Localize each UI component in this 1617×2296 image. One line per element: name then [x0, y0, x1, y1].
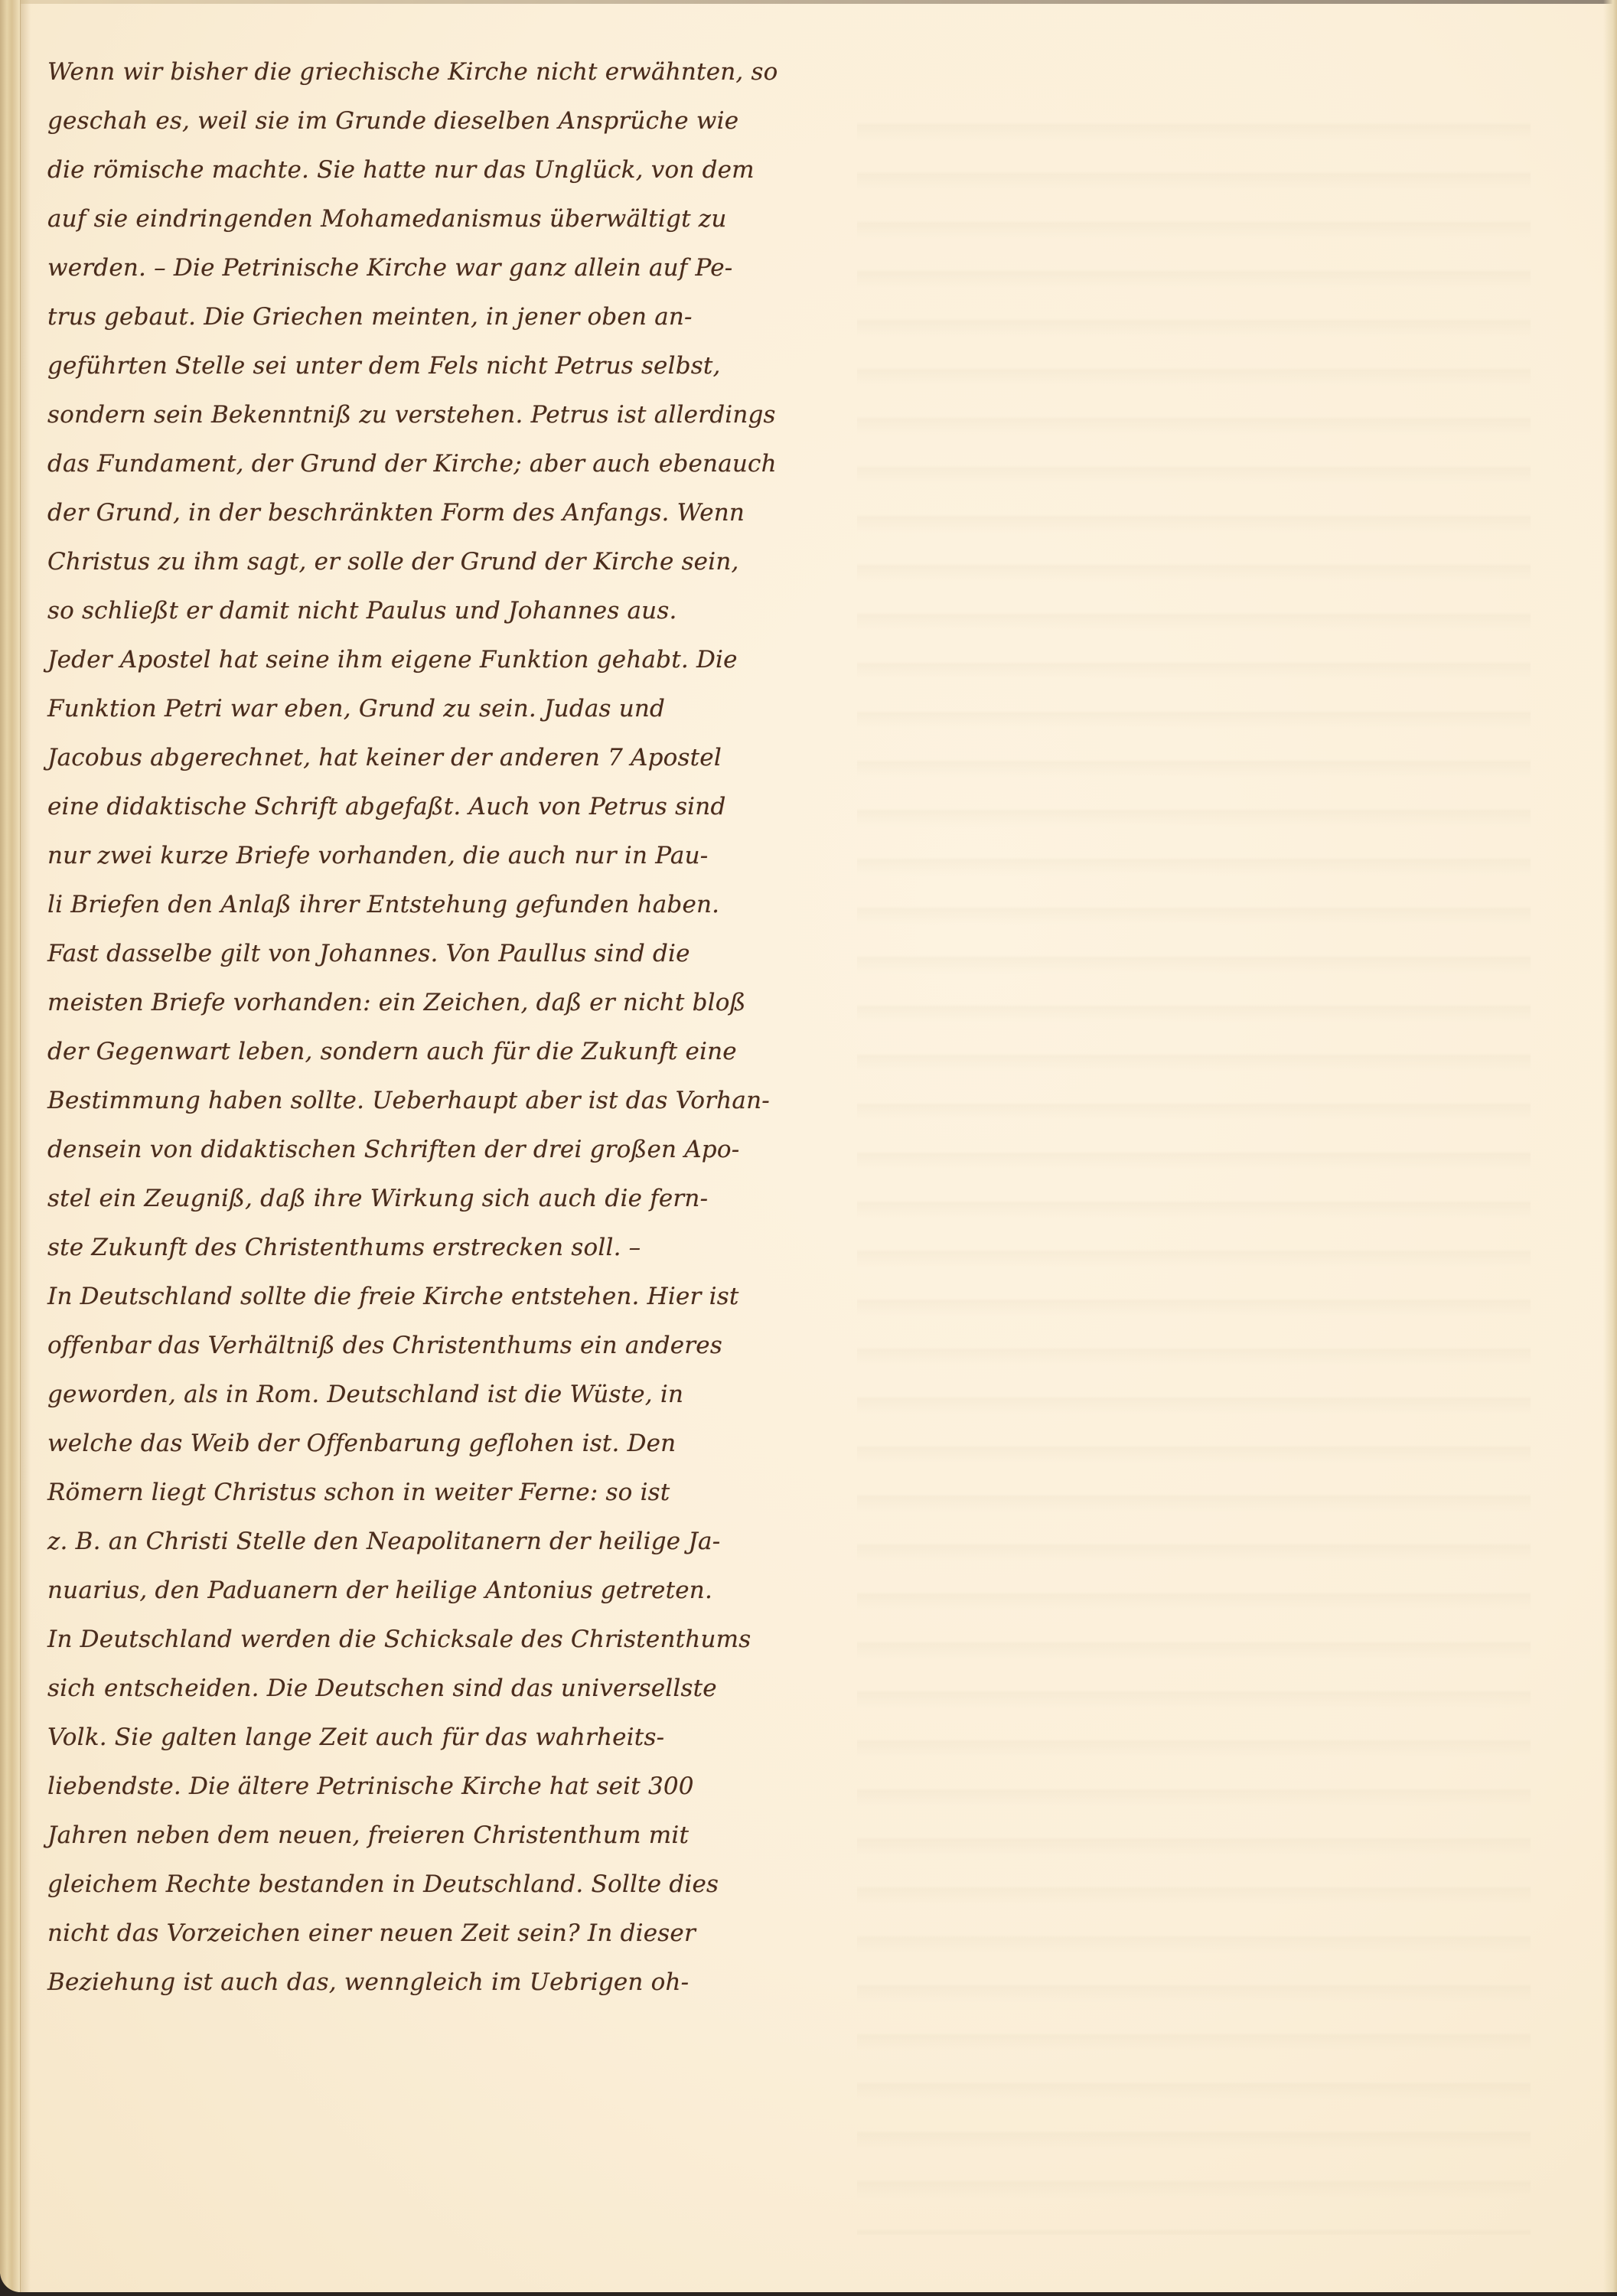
text-line: densein von didaktischen Schriften der d… [47, 1125, 836, 1174]
text-line: werden. – Die Petrinische Kirche war gan… [47, 243, 836, 292]
manuscript-page: Wenn wir bisher die griechische Kirche n… [0, 0, 1617, 2292]
page-right-edge [1603, 0, 1617, 2292]
text-line: die römische machte. Sie hatte nur das U… [47, 145, 836, 194]
text-line: gleichem Rechte bestanden in Deutschland… [47, 1860, 836, 1909]
text-line: Fast dasselbe gilt von Johannes. Von Pau… [47, 929, 836, 978]
text-line: stel ein Zeugniß, daß ihre Wirkung sich … [47, 1174, 836, 1223]
text-line: Bestimmung haben sollte. Ueberhaupt aber… [47, 1076, 836, 1125]
text-line: Wenn wir bisher die griechische Kirche n… [47, 47, 836, 96]
text-line: nicht das Vorzeichen einer neuen Zeit se… [47, 1909, 836, 1958]
text-line: Römern liegt Christus schon in weiter Fe… [47, 1468, 836, 1517]
text-line: Jacobus abgerechnet, hat keiner der ande… [47, 733, 836, 782]
text-line: Volk. Sie galten lange Zeit auch für das… [47, 1713, 836, 1762]
handwritten-text-block: Wenn wir bisher die griechische Kirche n… [47, 47, 836, 2007]
text-line: so schließt er damit nicht Paulus und Jo… [47, 586, 836, 635]
text-line: geführten Stelle sei unter dem Fels nich… [47, 341, 836, 390]
text-line: z. B. an Christi Stelle den Neapolitaner… [47, 1517, 836, 1566]
text-line: Funktion Petri war eben, Grund zu sein. … [47, 684, 836, 733]
gutter-shading [20, 0, 31, 2292]
text-line: nur zwei kurze Briefe vorhanden, die auc… [47, 831, 836, 880]
text-line: offenbar das Verhältniß des Christenthum… [47, 1321, 836, 1370]
text-line: nuarius, den Paduanern der heilige Anton… [47, 1566, 836, 1615]
text-line: liebendste. Die ältere Petrinische Kirch… [47, 1762, 836, 1811]
text-line: sich entscheiden. Die Deutschen sind das… [47, 1664, 836, 1713]
text-line: auf sie eindringenden Mohamedanismus übe… [47, 194, 836, 243]
binding-gutter [0, 0, 21, 2292]
text-line: geschah es, weil sie im Grunde dieselben… [47, 96, 836, 145]
text-line: Christus zu ihm sagt, er solle der Grund… [47, 537, 836, 586]
text-line: eine didaktische Schrift abgefaßt. Auch … [47, 782, 836, 831]
text-line: In Deutschland werden die Schicksale des… [47, 1615, 836, 1664]
text-line: welche das Weib der Offenbarung geflohen… [47, 1419, 836, 1468]
text-line: sondern sein Bekenntniß zu verstehen. Pe… [47, 390, 836, 439]
text-line: In Deutschland sollte die freie Kirche e… [47, 1272, 836, 1321]
text-line: Beziehung ist auch das, wenngleich im Ue… [47, 1958, 836, 2007]
text-line: der Gegenwart leben, sondern auch für di… [47, 1027, 836, 1076]
text-line: geworden, als in Rom. Deutschland ist di… [47, 1370, 836, 1419]
page-top-shadow [0, 0, 1617, 4]
text-line: das Fundament, der Grund der Kirche; abe… [47, 439, 836, 488]
text-line: ste Zukunft des Christenthums erstrecken… [47, 1223, 836, 1272]
text-line: li Briefen den Anlaß ihrer Entstehung ge… [47, 880, 836, 929]
text-line: trus gebaut. Die Griechen meinten, in je… [47, 292, 836, 341]
text-line: Jeder Apostel hat seine ihm eigene Funkt… [47, 635, 836, 684]
text-line: der Grund, in der beschränkten Form des … [47, 488, 836, 537]
ink-bleed-through [857, 92, 1531, 2235]
text-line: meisten Briefe vorhanden: ein Zeichen, d… [47, 978, 836, 1027]
text-line: Jahren neben dem neuen, freieren Christe… [47, 1811, 836, 1860]
